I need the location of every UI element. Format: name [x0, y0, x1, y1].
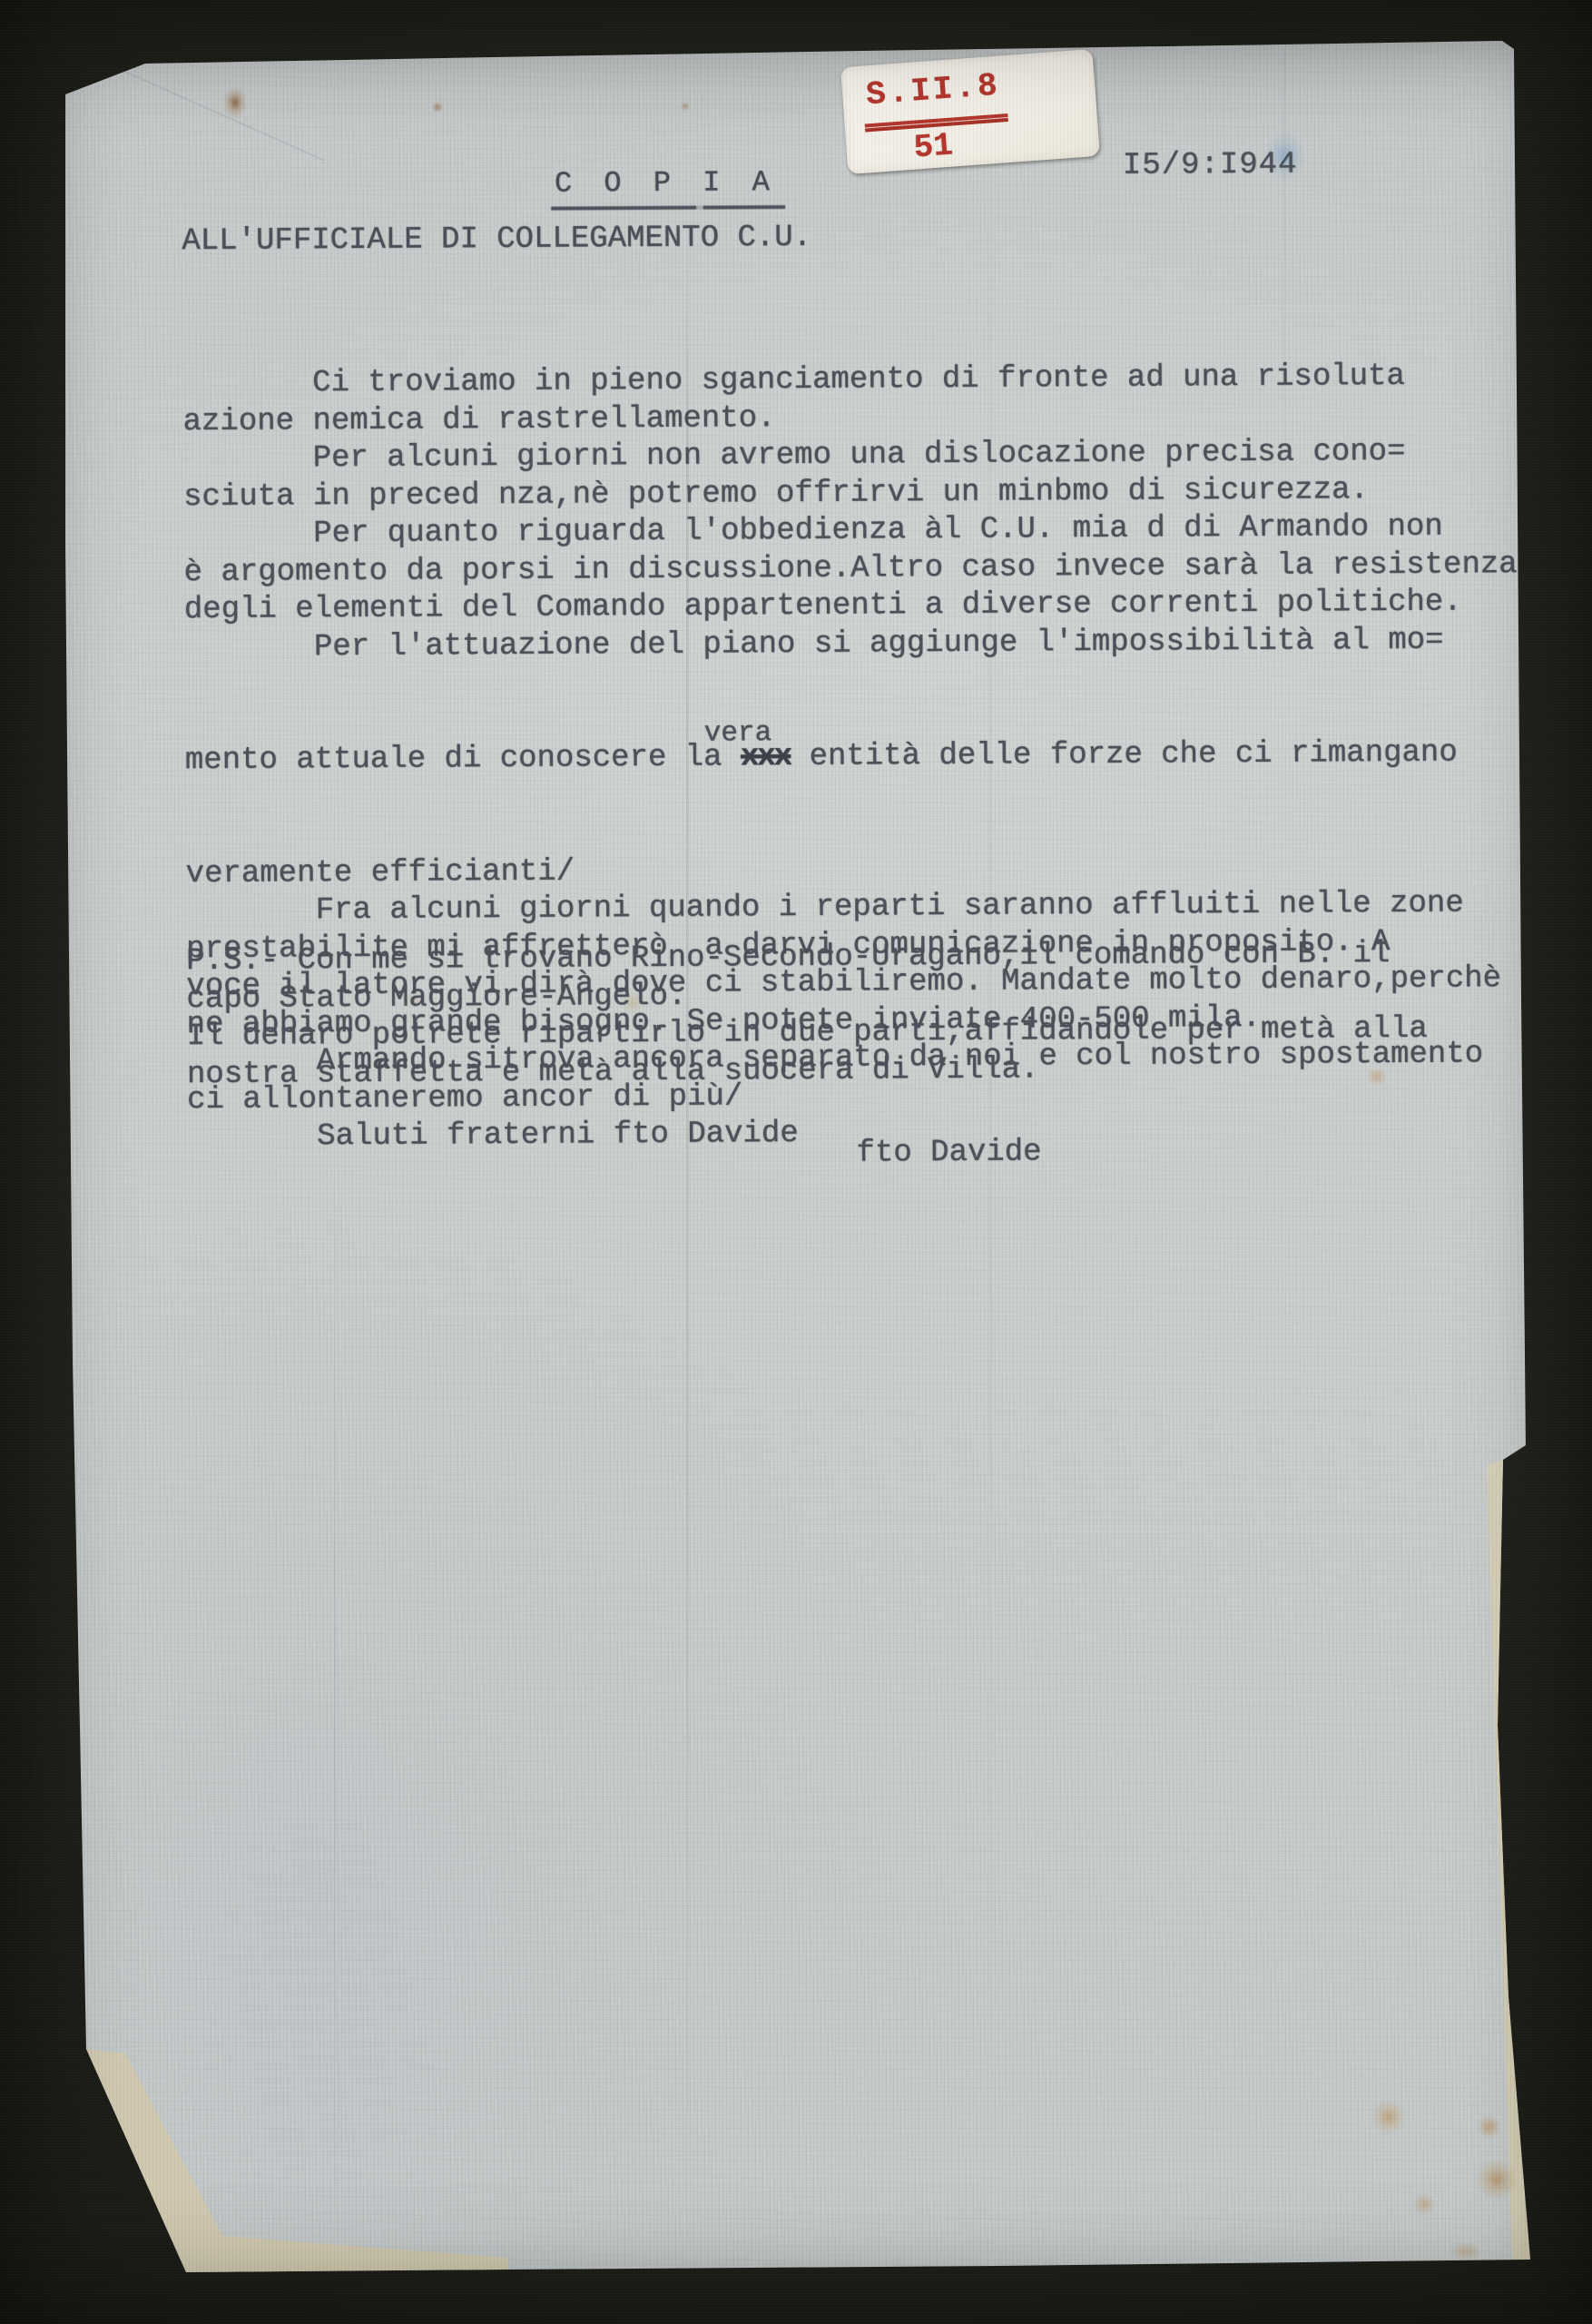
scan-background: C O P I A I5/9:I944 ALL'UFFICIALE DI COL…: [0, 0, 1592, 2324]
text-line: Saluti fraterni fto Davide: [187, 1111, 1520, 1157]
text-line: nostra staffetta e metà alla suocera di …: [187, 1049, 1428, 1094]
copy-label: C O P I A: [555, 165, 777, 200]
copy-label-underline: [551, 205, 785, 211]
archive-sticker: S.II.8 51: [840, 49, 1100, 174]
text-line: Il denaro potrete ripartirlo in due part…: [187, 1011, 1428, 1057]
corrected-line: mento attuale di conoscere la xxx entità…: [185, 734, 1518, 780]
text-line: Per l'attuazione del piano si aggiunge l…: [184, 622, 1518, 667]
date: I5/9:I944: [1123, 148, 1298, 183]
archive-number: 51: [912, 127, 954, 167]
body-lines-a: Ci troviamo in pieno sganciamento di fro…: [182, 358, 1518, 667]
recipient-line: ALL'UFFICIALE DI COLLEGAMENTO C.U.: [182, 221, 811, 259]
text-line: P.S.- Con me si trovano Rino-Secondo-Ura…: [186, 936, 1427, 981]
signature: fto Davide: [856, 1135, 1041, 1170]
interlinear-insertion: vera: [704, 714, 772, 753]
corrected-line-before: mento attuale di conoscere la: [185, 740, 741, 778]
archive-code: S.II.8: [865, 67, 1001, 114]
typewritten-text-layer: C O P I A I5/9:I944 ALL'UFFICIALE DI COL…: [0, 0, 1592, 2324]
corrected-line-after: entità delle forze che ci rimangano: [791, 736, 1458, 774]
document-page: C O P I A I5/9:I944 ALL'UFFICIALE DI COL…: [0, 0, 1592, 2324]
postscript: P.S.- Con me si trovano Rino-Secondo-Ura…: [186, 936, 1428, 1094]
